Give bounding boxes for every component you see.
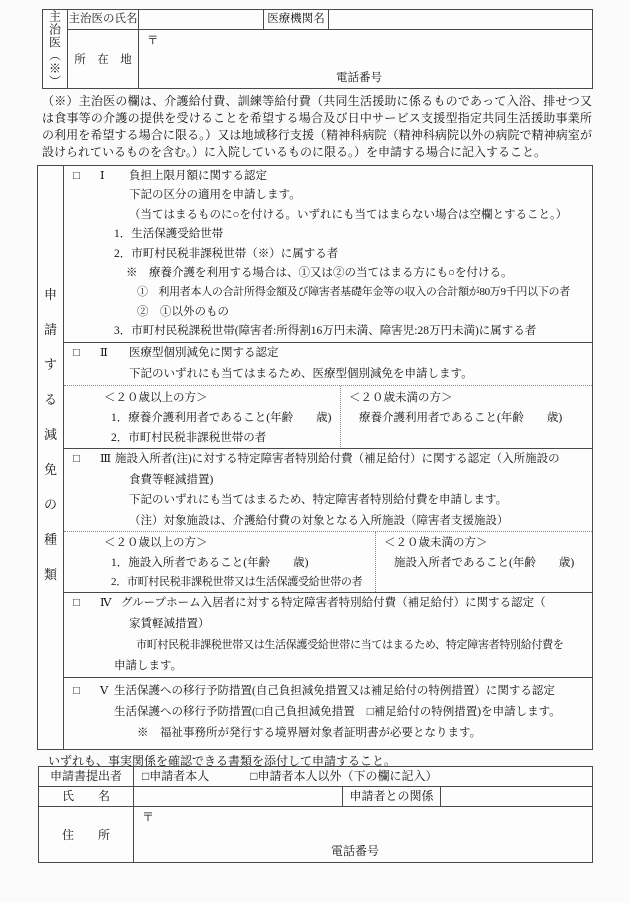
- section-iv-numeral: Ⅳ: [100, 593, 112, 614]
- section-v-title: 生活保護への移行予防措置(自己負担減免措置又は補足給付の特例措置）に関する認定: [64, 681, 592, 702]
- reduction-types-vertical-label: 申 請 す る 減 免 の 種 類: [38, 166, 64, 749]
- section-i-checkbox[interactable]: □: [73, 167, 80, 186]
- section-iii-title-2: 食費等軽減措置): [64, 470, 592, 491]
- section-v: □ Ⅴ 生活保護への移行予防措置(自己負担減免措置又は補足給付の特例措置）に関す…: [64, 677, 592, 748]
- minor-header: ＜２０歳未満の方＞: [376, 534, 592, 554]
- doctor-field-note: （※）主治医の欄は、介護給付費、訓練等給付費（共同生活援助に係るものであって入浴…: [42, 93, 592, 161]
- section-v-checkbox[interactable]: □: [73, 681, 80, 702]
- vlabel-char: の: [44, 494, 57, 513]
- section-iii-age-columns: ＜２０歳以上の方＞ 1．施設入所者であること(年齢 歳) 2．市町村民税非課税世…: [64, 531, 592, 592]
- self-pay-reduction-checkbox[interactable]: □自己負担減免措置: [256, 706, 355, 718]
- section-v-numeral: Ⅴ: [100, 681, 108, 702]
- submitter-label: 申請書提出者: [39, 767, 134, 786]
- section-v-line-post: )を申請します。: [477, 706, 560, 718]
- vlabel-char: 申: [44, 284, 57, 303]
- adult-header: ＜２０歳以上の方＞: [64, 534, 375, 554]
- section-ii-minor-column: ＜２０歳未満の方＞ 療養介護利用者であること(年齢 歳): [341, 386, 592, 448]
- minor-item: 施設入所者であること(年齢 歳): [376, 554, 592, 574]
- section-v-note: ※ 福祉事務所が発行する境界層対象者証明書が必要となります。: [64, 723, 592, 744]
- section-i-note: ※ 療養介護を利用する場合は、①又は②の当てはまる方にも○を付ける。: [64, 264, 592, 283]
- vlabel-char: 免: [44, 459, 57, 478]
- section-iv-title: グループホーム入居者に対する特定障害者特別給付費（補足給付）に関する認定（: [64, 593, 592, 614]
- section-i-item-1: 1．生活保護受給世帯: [64, 225, 592, 244]
- section-ii-numeral: Ⅱ: [100, 343, 108, 364]
- doctor-phone-label: 電話番号: [336, 69, 382, 85]
- doctor-address-label: 所 在 地: [68, 30, 139, 88]
- section-i: □ Ⅰ 負担上限月額に関する認定 下記の区分の適用を申請します。 （当てはまるも…: [64, 166, 592, 342]
- vlabel-char: る: [44, 389, 57, 408]
- section-ii: □ Ⅱ 医療型個別減免に関する認定 下記のいずれにも当てはまるため、医療型個別減…: [64, 342, 592, 448]
- section-iv-line: 申請します。: [64, 656, 592, 677]
- vlabel-char: す: [44, 354, 57, 373]
- application-form-page: 主治医（※） 主治医の氏名 医療機関名 所 在 地 〒 電話番号 （※）主治医の…: [0, 0, 630, 903]
- section-ii-line: 下記のいずれにも当てはまるため、医療型個別減免を申請します。: [64, 364, 592, 385]
- attending-doctor-table: 主治医（※） 主治医の氏名 医療機関名 所 在 地 〒 電話番号: [42, 9, 593, 89]
- vlabel-char: 類: [44, 564, 57, 583]
- section-iii-checkbox[interactable]: □: [73, 449, 80, 470]
- section-i-item-2: 2．市町村民税非課税世帯（※）に属する者: [64, 245, 592, 264]
- adult-header: ＜２０歳以上の方＞: [64, 388, 340, 408]
- postal-mark: 〒: [147, 32, 159, 48]
- section-iv-checkbox[interactable]: □: [73, 593, 80, 614]
- section-i-title: 負担上限月額に関する認定: [64, 167, 592, 186]
- section-ii-title: 医療型個別減免に関する認定: [64, 343, 592, 364]
- section-i-sub-1: ① 利用者本人の合計所得金額及び障害者基礎年金等の収入の合計額が80万9千円以下…: [64, 283, 592, 302]
- section-iii-line: 下記のいずれにも当てはまるため、特定障害者特別給付費を申請します。: [64, 490, 592, 511]
- section-i-line: 下記の区分の適用を申請します。: [64, 186, 592, 205]
- adult-item: 1．療養介護利用者であること(年齢 歳): [64, 408, 340, 428]
- section-iii-note: （注）対象施設は、介護給付費の対象となる入所施設（障害者支援施設）: [64, 511, 592, 532]
- minor-header: ＜２０歳未満の方＞: [341, 388, 592, 408]
- doctor-name-label: 主治医の氏名: [68, 10, 139, 29]
- adult-item: 2．市町村民税非課税世帯の者: [64, 428, 340, 448]
- section-iv: □ Ⅳ グループホーム入居者に対する特定障害者特別給付費（補足給付）に関する認定…: [64, 592, 592, 677]
- minor-item: 療養介護利用者であること(年齢 歳): [341, 408, 592, 428]
- submitter-address-field[interactable]: 〒 電話番号: [134, 807, 592, 862]
- adult-item: 2．市町村民税非課税世帯又は生活保護受給世帯の者: [64, 573, 375, 592]
- postal-mark: 〒: [142, 808, 154, 825]
- section-iii: □ Ⅲ 施設入所者(注)に対する特定障害者特別給付費（補足給付）に関する認定（入…: [64, 448, 592, 592]
- section-i-numeral: Ⅰ: [100, 167, 105, 186]
- supplement-special-checkbox[interactable]: □補足給付の特例措置: [367, 706, 477, 718]
- vlabel-char: 減: [44, 424, 57, 443]
- relation-field[interactable]: [441, 787, 592, 806]
- section-i-line: （当てはまるものに○を付ける。いずれにも当てはまらない場合は空欄とすること。）: [64, 206, 592, 225]
- section-iii-title: 施設入所者(注)に対する特定障害者特別給付費（補足給付）に関する認定（入所施設の: [64, 449, 592, 470]
- section-iii-numeral: Ⅲ: [100, 449, 111, 470]
- section-ii-checkbox[interactable]: □: [73, 343, 80, 364]
- vlabel-char: 種: [44, 529, 57, 548]
- medical-institution-label: 医療機関名: [264, 10, 329, 29]
- submitter-phone-label: 電話番号: [331, 842, 379, 859]
- section-ii-age-columns: ＜２０歳以上の方＞ 1．療養介護利用者であること(年齢 歳) 2．市町村民税非課…: [64, 385, 592, 448]
- section-i-sub-2: ② ①以外のもの: [64, 303, 592, 322]
- section-ii-adult-column: ＜２０歳以上の方＞ 1．療養介護利用者であること(年齢 歳) 2．市町村民税非課…: [64, 386, 341, 448]
- submitter-table: 申請書提出者 □申請者本人 □申請者本人以外（下の欄に記入） 氏 名 申請者との…: [38, 766, 593, 863]
- reduction-types-table: 申 請 す る 減 免 の 種 類 □ Ⅰ 負担上限月額に関する認定 下記の区分…: [37, 165, 593, 750]
- doctor-name-field[interactable]: [139, 10, 264, 29]
- applicant-other-checkbox[interactable]: □申請者本人以外（下の欄に記入）: [250, 769, 437, 783]
- section-iv-line: 市町村民税非課税世帯又は生活保護受給世帯に当てはまるため、特定障害者特別給付費を: [64, 635, 592, 656]
- doctor-address-field[interactable]: 〒 電話番号: [139, 30, 592, 88]
- medical-institution-field[interactable]: [329, 10, 592, 29]
- submitter-name-label: 氏 名: [39, 787, 134, 806]
- applicant-self-checkbox[interactable]: □申請者本人: [142, 769, 209, 783]
- section-v-line-pre: 生活保護への移行予防措置(: [114, 706, 256, 718]
- section-iii-adult-column: ＜２０歳以上の方＞ 1．施設入所者であること(年齢 歳) 2．市町村民税非課税世…: [64, 532, 376, 592]
- attending-doctor-vertical-label: 主治医（※）: [43, 10, 68, 88]
- submitter-name-field[interactable]: [134, 787, 343, 806]
- relation-label: 申請者との関係: [343, 787, 441, 806]
- section-i-item-3: 3．市町村民税課税世帯(障害者:所得割16万円未満、障害児:28万円未満)に属す…: [64, 322, 592, 341]
- section-iii-minor-column: ＜２０歳未満の方＞ 施設入所者であること(年齢 歳): [376, 532, 592, 592]
- submitter-address-label: 住 所: [39, 807, 134, 862]
- section-iv-title-2: 家賃軽減措置）: [64, 614, 592, 635]
- adult-item: 1．施設入所者であること(年齢 歳): [64, 554, 375, 574]
- vlabel-char: 請: [44, 319, 57, 338]
